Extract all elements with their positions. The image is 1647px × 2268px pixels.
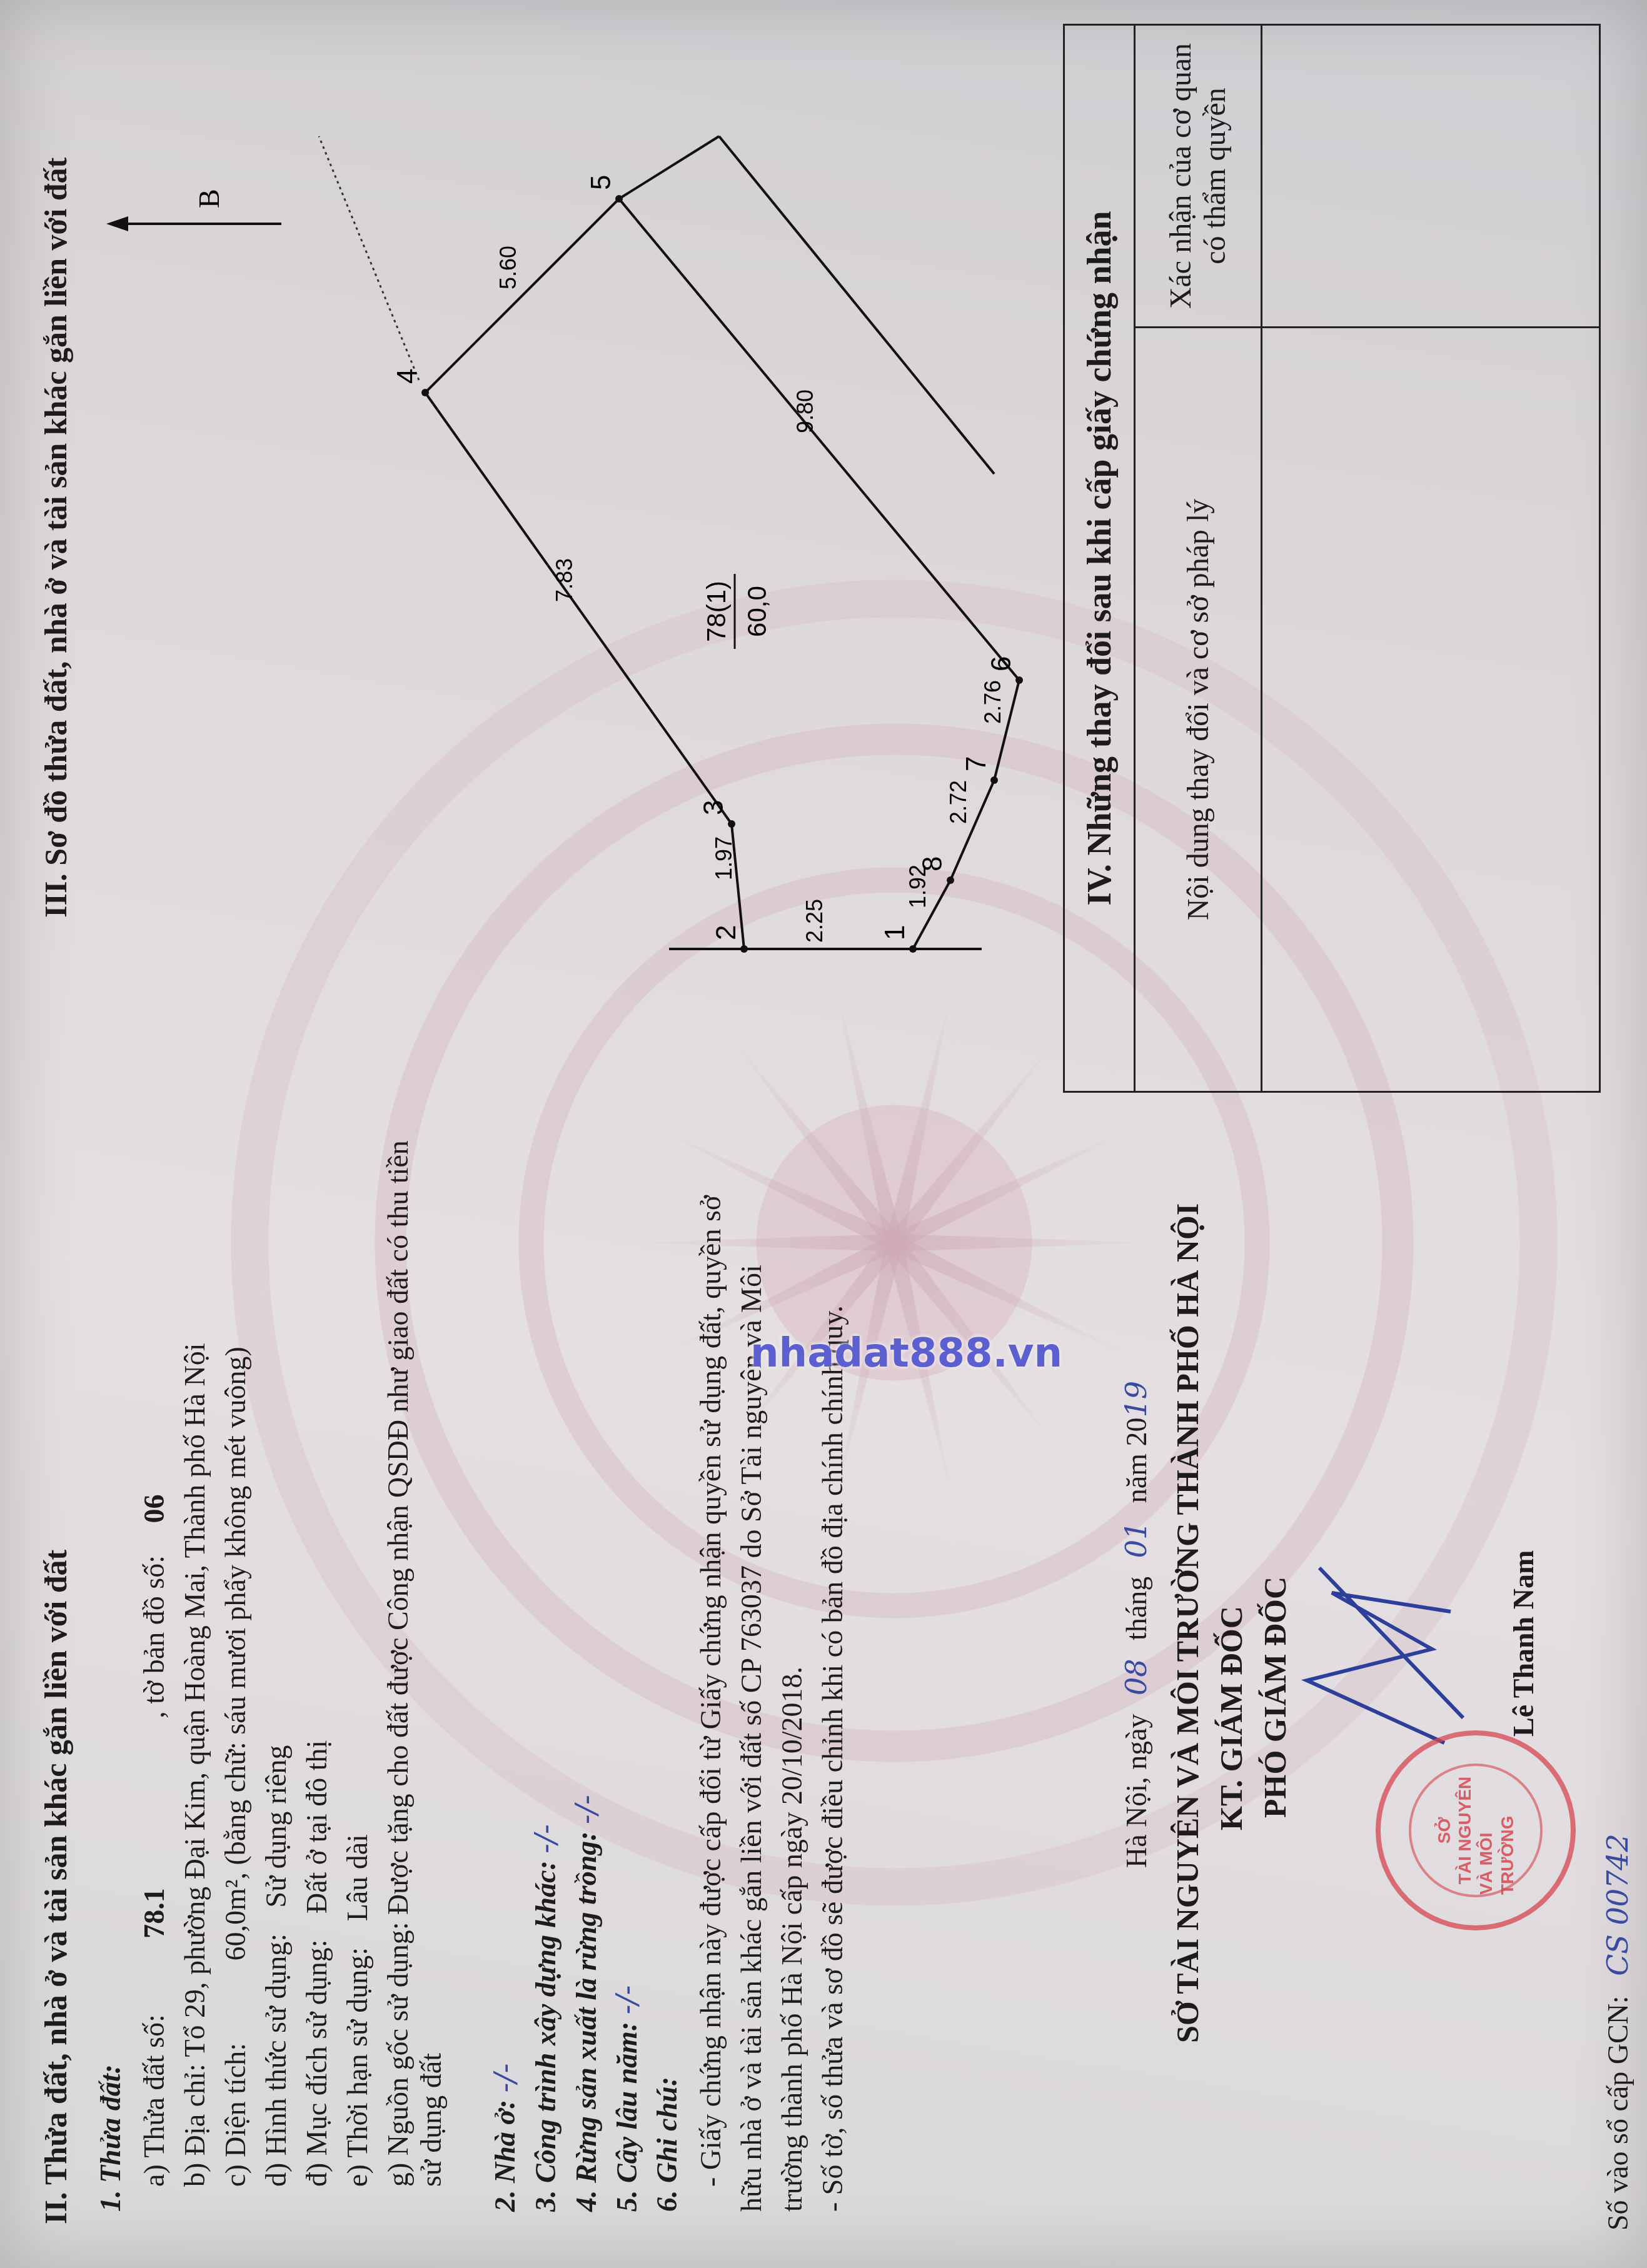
section-ii-title: II. Thửa đất, nhà ở và tài sản khác gắn … bbox=[38, 1550, 74, 2224]
origin-row: g) Nguồn gốc sử dụng: Được tặng cho đất … bbox=[381, 1124, 448, 2187]
svg-text:2.25: 2.25 bbox=[802, 899, 827, 943]
origin-label: g) Nguồn gốc sử dụng: bbox=[382, 1922, 414, 2187]
other-construction-label: 3. Công trình xây dựng khác: bbox=[530, 1860, 562, 2212]
date-prefix: Hà Nội, ngày bbox=[1121, 1714, 1152, 1868]
watermark-logo: nhadat888.vn bbox=[750, 1330, 1062, 1377]
perennial-label: 5. Cây lâu năm: bbox=[611, 2022, 643, 2212]
parcel-number-label: a) Thửa đất số: bbox=[138, 2014, 170, 2187]
change-content-cell[interactable] bbox=[1262, 326, 1599, 1091]
parcel-diagram: B 123456782.251.977.835.609.802.762.721.… bbox=[19, 18, 1050, 1174]
svg-text:3: 3 bbox=[698, 800, 729, 815]
note-line: hữu nhà ở và tài sản khác gắn liền với đ… bbox=[735, 1265, 768, 2212]
purpose-label: đ) Mục đích sử dụng: bbox=[301, 1940, 333, 2187]
issue-month: 01 bbox=[1119, 1522, 1153, 1558]
svg-text:2: 2 bbox=[711, 925, 742, 940]
usage-form-row: d) Hình thức sử dụng: Sử dụng riêng bbox=[259, 1745, 293, 2187]
issue-year-suffix: 19 bbox=[1119, 1381, 1153, 1418]
usage-form-label: d) Hình thức sử dụng: bbox=[260, 1934, 292, 2187]
usage-form-value: Sử dụng riêng bbox=[260, 1745, 292, 1907]
svg-text:78(1): 78(1) bbox=[702, 581, 731, 642]
col-authority-confirmation: Xác nhận của cơ quan có thẩm quyền bbox=[1136, 26, 1261, 326]
svg-text:B: B bbox=[193, 189, 225, 208]
svg-text:5: 5 bbox=[586, 175, 617, 190]
house-label: 2. Nhà ở: bbox=[489, 2100, 521, 2212]
house-row: 2. Nhà ở: -/- bbox=[488, 2064, 521, 2212]
perennial-value: -/- bbox=[610, 1985, 643, 2015]
notes-label: 6. Ghi chú: bbox=[650, 2077, 683, 2212]
year-label: năm 20 bbox=[1121, 1417, 1152, 1503]
svg-text:60,0: 60,0 bbox=[742, 586, 772, 637]
neighbour-boundary bbox=[319, 136, 419, 380]
svg-text:5.60: 5.60 bbox=[495, 246, 521, 289]
on-behalf-title: KT. GIÁM ĐỐC bbox=[1213, 1606, 1249, 1830]
address-value: Tổ 29, phường Đại Kim, quận Hoàng Mai, T… bbox=[179, 1343, 211, 2057]
forest-label: 4. Rừng sản xuất là rừng trồng: bbox=[570, 1831, 602, 2212]
col-confirm-line2: có thẩm quyền bbox=[1198, 88, 1232, 264]
issue-day: 08 bbox=[1119, 1658, 1153, 1695]
svg-text:4: 4 bbox=[392, 369, 423, 384]
note-line: - Giấy chứng nhận này được cấp đổi từ Gi… bbox=[694, 1195, 727, 2187]
svg-text:1: 1 bbox=[880, 925, 910, 940]
svg-text:2.76: 2.76 bbox=[980, 680, 1005, 724]
official-stamp: SỞ TÀI NGUYÊN VÀ MÔI TRƯỜNG bbox=[1376, 1730, 1576, 1930]
svg-text:1.92: 1.92 bbox=[905, 865, 930, 908]
month-label: tháng bbox=[1121, 1577, 1152, 1640]
forest-value: -/- bbox=[569, 1795, 603, 1824]
registry-row: Số vào sổ cấp GCN: CS 00742 bbox=[1601, 1834, 1634, 2230]
note-line: trường thành phố Hà Nội cấp ngày 20/10/2… bbox=[775, 1667, 808, 2212]
purpose-row: đ) Mục đích sử dụng: Đất ở tại đô thị bbox=[300, 1740, 333, 2187]
parcel-outline: 123456782.251.977.835.609.802.762.721.92… bbox=[392, 136, 1023, 953]
stamp-line: TÀI NGUYÊN bbox=[1454, 1777, 1476, 1885]
address-row: b) Địa chỉ: Tổ 29, phường Đại Kim, quận … bbox=[178, 1343, 211, 2187]
other-construction-row: 3. Công trình xây dựng khác: -/- bbox=[528, 1824, 562, 2212]
signer-name: Lê Thanh Nam bbox=[1507, 1550, 1540, 1737]
changes-table: IV. Những thay đổi sau khi cấp giấy chứn… bbox=[1063, 24, 1601, 1093]
term-value: Lâu dài bbox=[341, 1834, 373, 1921]
north-arrow-icon: B bbox=[106, 189, 281, 231]
stamp-line: SỞ bbox=[1434, 1817, 1455, 1844]
svg-text:7: 7 bbox=[961, 756, 992, 771]
col-confirm-line1: Xác nhận của cơ quan bbox=[1164, 43, 1198, 309]
area-row: c) Diện tích: 60,0m², (bằng chữ: sáu mươ… bbox=[219, 1347, 252, 2187]
house-value: -/- bbox=[488, 2064, 521, 2093]
map-sheet: 06 bbox=[138, 1495, 170, 1523]
address-label: b) Địa chỉ: bbox=[179, 2064, 211, 2187]
section-iv-title: IV. Những thay đổi sau khi cấp giấy chứn… bbox=[1065, 26, 1136, 1091]
svg-text:1.97: 1.97 bbox=[711, 836, 737, 880]
svg-text:2.72: 2.72 bbox=[945, 780, 971, 824]
perennial-row: 5. Cây lâu năm: -/- bbox=[610, 1985, 643, 2212]
registry-value: CS 00742 bbox=[1601, 1834, 1634, 1976]
parcel-number-row: a) Thửa đất số: 78.1 , tờ bản đồ số: 06 bbox=[138, 1495, 171, 2187]
registry-label: Số vào sổ cấp GCN: bbox=[1602, 1995, 1634, 2230]
signer-position: PHÓ GIÁM ĐỐC bbox=[1257, 1577, 1293, 1818]
issuing-agency: SỞ TÀI NGUYÊN VÀ MÔI TRƯỜNG THÀNH PHỐ HÀ… bbox=[1169, 1203, 1206, 2043]
purpose-value: Đất ở tại đô thị bbox=[301, 1740, 333, 1914]
area-label: c) Diện tích: bbox=[219, 2043, 251, 2187]
map-sheet-label: , tờ bản đồ số: bbox=[138, 1555, 170, 1719]
note-line: - Số tờ, số thửa và sơ đồ sẽ được điều c… bbox=[816, 1305, 849, 2212]
svg-text:6: 6 bbox=[986, 656, 1017, 671]
forest-row: 4. Rừng sản xuất là rừng trồng: -/- bbox=[569, 1795, 603, 2212]
issue-date: Hà Nội, ngày 08 tháng 01 năm 2019 bbox=[1119, 1381, 1153, 1868]
other-construction-value: -/- bbox=[528, 1824, 562, 1854]
svg-text:7.83: 7.83 bbox=[552, 558, 577, 602]
col-change-content: Nội dung thay đổi và cơ sở pháp lý bbox=[1136, 326, 1261, 1091]
term-row: e) Thời hạn sử dụng: Lâu dài bbox=[341, 1834, 374, 2187]
stamp-line: VÀ MÔI TRƯỜNG bbox=[1476, 1766, 1518, 1895]
parcel-heading: 1. Thửa đất: bbox=[94, 2064, 127, 2212]
changes-table-body bbox=[1262, 26, 1599, 1091]
svg-text:9.80: 9.80 bbox=[792, 389, 818, 433]
term-label: e) Thời hạn sử dụng: bbox=[341, 1947, 373, 2187]
parcel-number: 78.1 bbox=[138, 1888, 170, 1939]
signature-mark bbox=[1294, 1318, 1482, 1755]
land-certificate-page: II. Thửa đất, nhà ở và tài sản khác gắn … bbox=[0, 0, 1647, 2268]
area-value: 60,0m², (bằng chữ: sáu mươi phẩy không m… bbox=[219, 1347, 251, 1960]
